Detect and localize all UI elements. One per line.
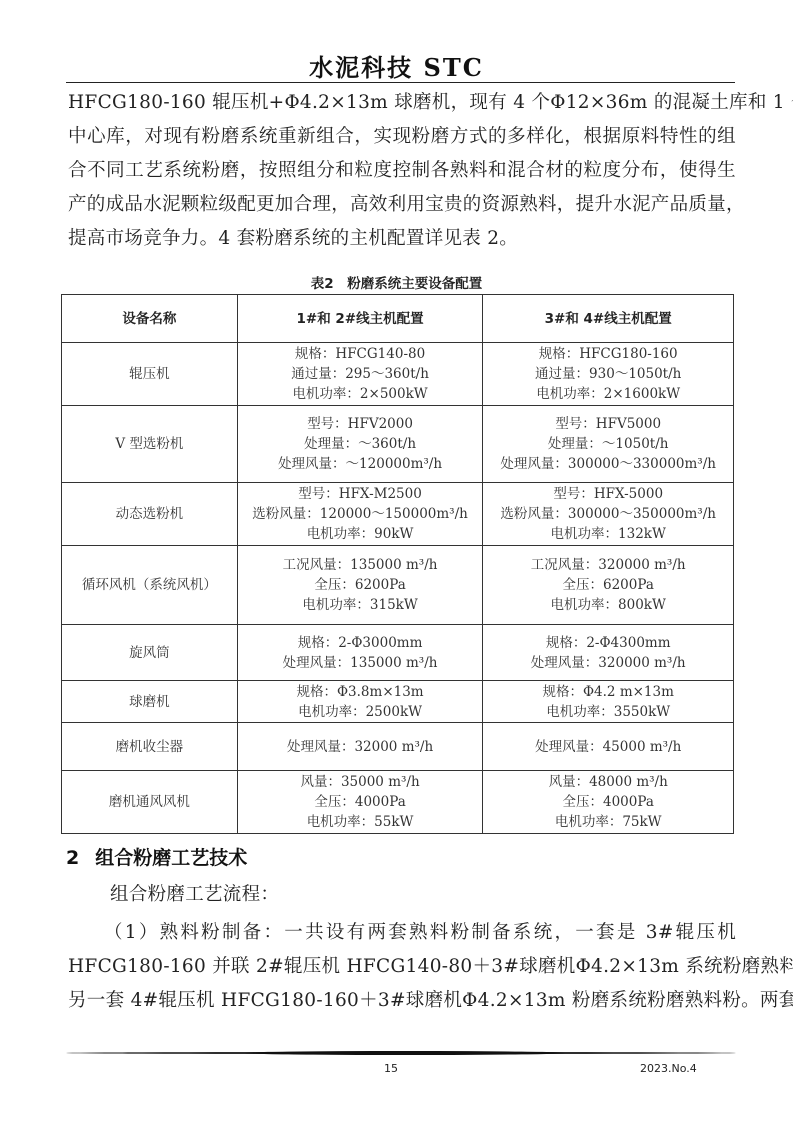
spec-line: 处理风量：300000～330000m³/h [483, 454, 733, 474]
section-title: 组合粉磨工艺技术 [95, 847, 247, 869]
spec-line: 电机功率：132kW [483, 524, 733, 544]
spec-line: 电机功率：3550kW [483, 702, 733, 722]
line34-config: 风量：48000 m³/h 全压：4000Pa 电机功率：75kW [483, 771, 734, 834]
column-header-line12: 1#和 2#线主机配置 [237, 295, 483, 343]
column-header-equipment: 设备名称 [62, 295, 238, 343]
line12-config: 型号：HFX-M2500 选粉风量：120000～150000m³/h 电机功率… [237, 483, 483, 546]
spec-line: 型号：HFV5000 [483, 414, 733, 434]
equipment-name: 动态选粉机 [62, 483, 238, 546]
paragraph-line: HFCG180-160 并联 2#辊压机 HFCG140-80＋3#球磨机Φ4.… [68, 950, 736, 984]
table-row: 辊压机 规格：HFCG140-80 通过量：295～360t/h 电机功率：2×… [62, 343, 734, 406]
line34-config: 规格：2-Φ4300mm 处理风量：320000 m³/h [483, 625, 734, 681]
spec-line: 通过量：930～1050t/h [483, 364, 733, 384]
line34-config: 规格：HFCG180-160 通过量：930～1050t/h 电机功率：2×16… [483, 343, 734, 406]
table-row: 磨机收尘器 处理风量：32000 m³/h 处理风量：45000 m³/h [62, 723, 734, 771]
spec-line: 全压：6200Pa [483, 575, 733, 595]
equipment-name: 辊压机 [62, 343, 238, 406]
spec-line: 风量：48000 m³/h [483, 772, 733, 792]
spec-line: 电机功率：2×500kW [238, 384, 483, 404]
line12-config: 处理风量：32000 m³/h [237, 723, 483, 771]
process-intro: 组合粉磨工艺流程： [110, 878, 730, 912]
line12-config: 风量：35000 m³/h 全压：4000Pa 电机功率：55kW [237, 771, 483, 834]
spec-line: 电机功率：2500kW [238, 702, 483, 722]
journal-title: 水泥科技 STC [0, 48, 793, 83]
paragraph-line: 另一套 4#辊压机 HFCG180-160＋3#球磨机Φ4.2×13m 粉磨系统… [68, 984, 736, 1018]
section-number: 2 [66, 847, 79, 869]
paragraph-line: HFCG180-160 辊压机+Φ4.2×13m 球磨机，现有 4 个Φ12×3… [68, 86, 736, 120]
equipment-name: 循环风机（系统风机） [62, 546, 238, 625]
spec-line: 选粉风量：300000～350000m³/h [483, 504, 733, 524]
equipment-name: 球磨机 [62, 681, 238, 723]
spec-line: 电机功率：800kW [483, 595, 733, 615]
paragraph-line: 合不同工艺系统粉磨，按照组分和粒度控制各熟料和混合材的粒度分布，使得生 [68, 154, 736, 188]
spec-line: 处理风量：320000 m³/h [483, 653, 733, 673]
column-header-line34: 3#和 4#线主机配置 [483, 295, 734, 343]
spec-line: 规格：Φ3.8m×13m [238, 682, 483, 702]
table-row: 旋风筒 规格：2-Φ3000mm 处理风量：135000 m³/h 规格：2-Φ… [62, 625, 734, 681]
table-row: V 型选粉机 型号：HFV2000 处理量：～360t/h 处理风量：～1200… [62, 406, 734, 483]
spec-line: 全压：4000Pa [483, 792, 733, 812]
equipment-name: 旋风筒 [62, 625, 238, 681]
equipment-name: 磨机收尘器 [62, 723, 238, 771]
table-row: 动态选粉机 型号：HFX-M2500 选粉风量：120000～150000m³/… [62, 483, 734, 546]
spec-line: 规格：2-Φ4300mm [483, 633, 733, 653]
spec-line: 处理风量：32000 m³/h [238, 737, 483, 757]
spec-line: 规格：HFCG180-160 [483, 344, 733, 364]
spec-line: 电机功率：90kW [238, 524, 483, 544]
spec-line: 通过量：295～360t/h [238, 364, 483, 384]
spec-line: 处理量：～1050t/h [483, 434, 733, 454]
line34-config: 型号：HFV5000 处理量：～1050t/h 处理风量：300000～3300… [483, 406, 734, 483]
table-row: 磨机通风风机 风量：35000 m³/h 全压：4000Pa 电机功率：55kW… [62, 771, 734, 834]
spec-line: 规格：HFCG140-80 [238, 344, 483, 364]
intro-paragraph: HFCG180-160 辊压机+Φ4.2×13m 球磨机，现有 4 个Φ12×3… [68, 86, 736, 256]
spec-line: 处理风量：45000 m³/h [483, 737, 733, 757]
issue-label: 2023.No.4 [640, 1062, 697, 1075]
paragraph-line: （1）熟料粉制备：一共设有两套熟料粉制备系统，一套是 3#辊压机 [68, 916, 736, 950]
spec-line: 电机功率：315kW [238, 595, 483, 615]
line34-config: 工况风量：320000 m³/h 全压：6200Pa 电机功率：800kW [483, 546, 734, 625]
spec-line: 型号：HFV2000 [238, 414, 483, 434]
equipment-name: 磨机通风风机 [62, 771, 238, 834]
spec-line: 全压：6200Pa [238, 575, 483, 595]
spec-line: 全压：4000Pa [238, 792, 483, 812]
spec-line: 工况风量：320000 m³/h [483, 555, 733, 575]
line34-config: 型号：HFX-5000 选粉风量：300000～350000m³/h 电机功率：… [483, 483, 734, 546]
spec-line: 电机功率：55kW [238, 812, 483, 832]
spec-line: 电机功率：75kW [483, 812, 733, 832]
spec-line: 处理风量：～120000m³/h [238, 454, 483, 474]
spec-line: 型号：HFX-M2500 [238, 484, 483, 504]
process-paragraph: （1）熟料粉制备：一共设有两套熟料粉制备系统，一套是 3#辊压机 HFCG180… [68, 916, 736, 1018]
equipment-config-table: 设备名称 1#和 2#线主机配置 3#和 4#线主机配置 辊压机 规格：HFCG… [61, 294, 734, 834]
footer-rule-accent [240, 1051, 570, 1055]
table-header-row: 设备名称 1#和 2#线主机配置 3#和 4#线主机配置 [62, 295, 734, 343]
line12-config: 工况风量：135000 m³/h 全压：6200Pa 电机功率：315kW [237, 546, 483, 625]
paragraph-line: 提高市场竞争力。4 套粉磨系统的主机配置详见表 2。 [68, 222, 736, 256]
line34-config: 处理风量：45000 m³/h [483, 723, 734, 771]
header-rule [66, 82, 735, 83]
paragraph-line: 产的成品水泥颗粒级配更加合理，高效利用宝贵的资源熟料，提升水泥产品质量， [68, 188, 736, 222]
spec-line: 选粉风量：120000～150000m³/h [238, 504, 483, 524]
table-row: 球磨机 规格：Φ3.8m×13m 电机功率：2500kW 规格：Φ4.2 m×1… [62, 681, 734, 723]
paragraph-line: 组合粉磨工艺流程： [110, 878, 730, 912]
line12-config: 型号：HFV2000 处理量：～360t/h 处理风量：～120000m³/h [237, 406, 483, 483]
line12-config: 规格：2-Φ3000mm 处理风量：135000 m³/h [237, 625, 483, 681]
spec-line: 处理风量：135000 m³/h [238, 653, 483, 673]
line34-config: 规格：Φ4.2 m×13m 电机功率：3550kW [483, 681, 734, 723]
spec-line: 型号：HFX-5000 [483, 484, 733, 504]
spec-line: 风量：35000 m³/h [238, 772, 483, 792]
page-number: 15 [384, 1062, 398, 1075]
spec-line: 规格：2-Φ3000mm [238, 633, 483, 653]
equipment-name: V 型选粉机 [62, 406, 238, 483]
spec-line: 处理量：～360t/h [238, 434, 483, 454]
paragraph-line: 中心库，对现有粉磨系统重新组合，实现粉磨方式的多样化，根据原料特性的组 [68, 120, 736, 154]
table-row: 循环风机（系统风机） 工况风量：135000 m³/h 全压：6200Pa 电机… [62, 546, 734, 625]
line12-config: 规格：HFCG140-80 通过量：295～360t/h 电机功率：2×500k… [237, 343, 483, 406]
spec-line: 电机功率：2×1600kW [483, 384, 733, 404]
spec-line: 工况风量：135000 m³/h [238, 555, 483, 575]
spec-line: 规格：Φ4.2 m×13m [483, 682, 733, 702]
section-heading: 2组合粉磨工艺技术 [66, 843, 247, 870]
table-caption: 表2 粉磨系统主要设备配置 [0, 272, 793, 292]
line12-config: 规格：Φ3.8m×13m 电机功率：2500kW [237, 681, 483, 723]
